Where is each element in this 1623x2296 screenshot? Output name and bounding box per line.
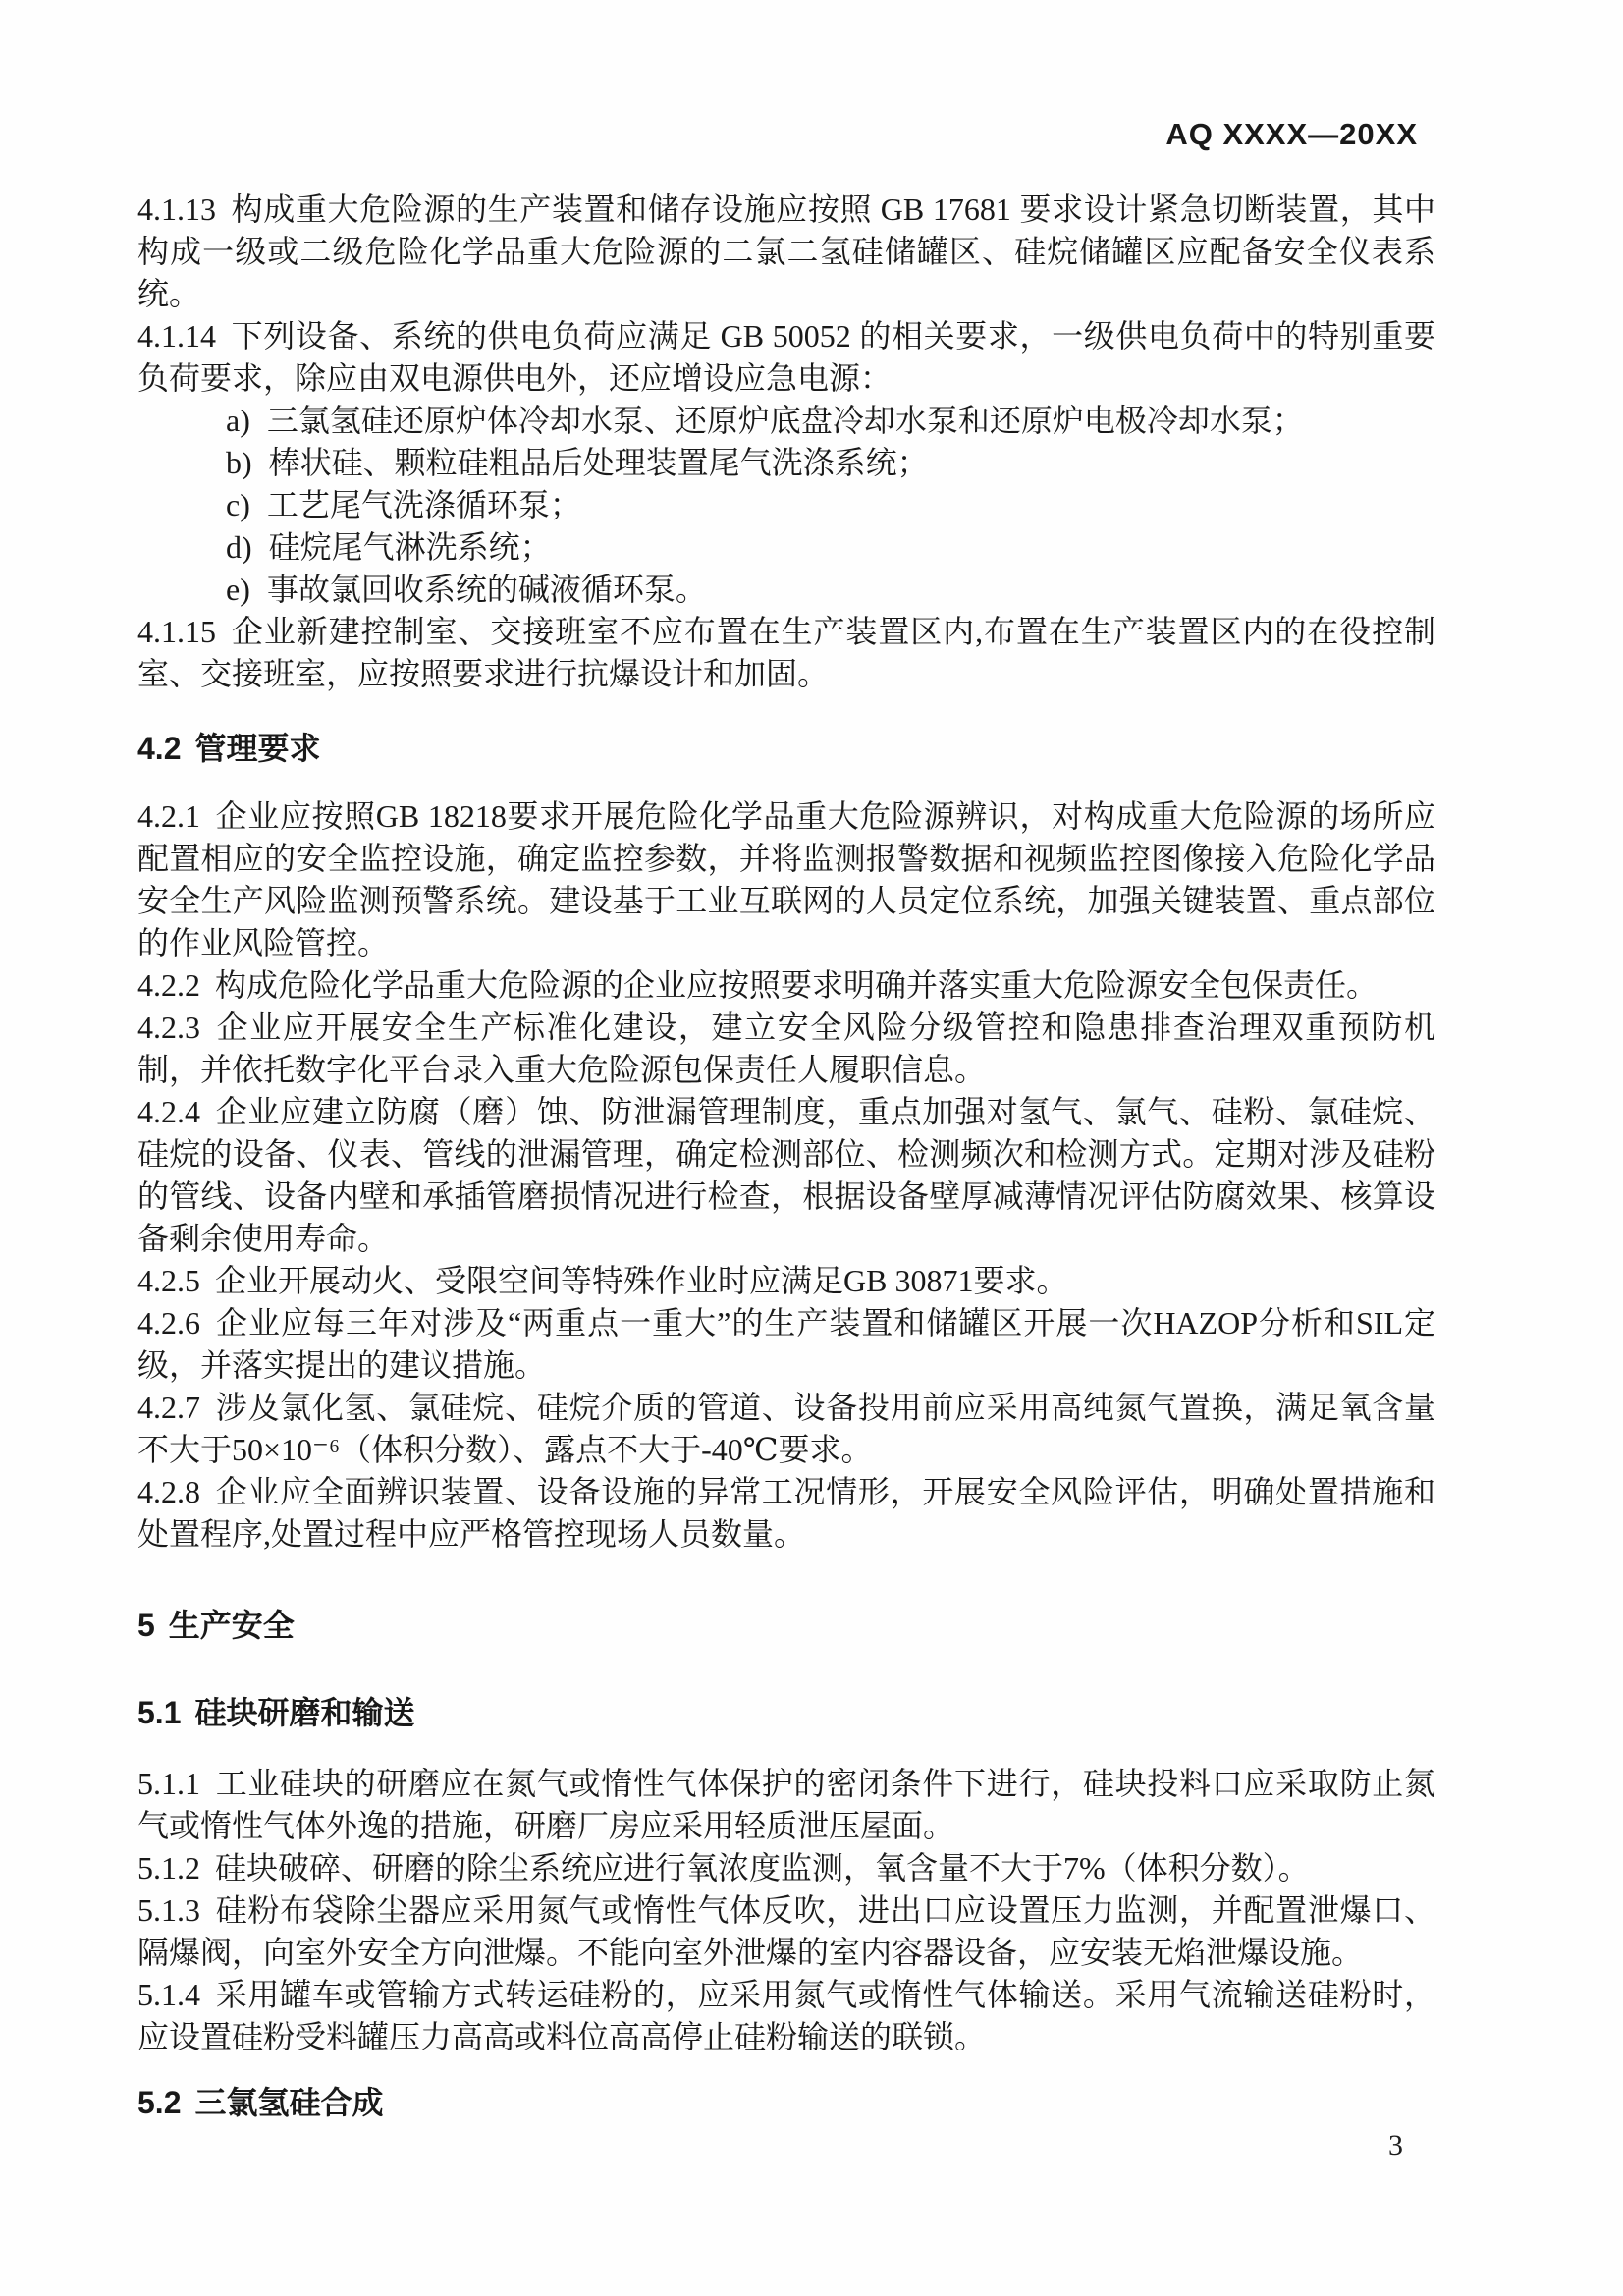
document-body: 4.1.13构成重大危险源的生产装置和储存设施应按照 GB 17681 要求设计… xyxy=(137,189,1435,2124)
clause-number: 5.1.4 xyxy=(137,1977,200,2012)
list-item-d: d)硅烷尾气淋洗系统； xyxy=(137,526,1435,569)
list-item-label: a) xyxy=(226,403,250,438)
clause-text: 企业应按照GB 18218要求开展危险化学品重大危险源辨识，对构成重大危险源的场… xyxy=(137,798,1435,960)
clause-text: 企业应全面辨识装置、设备设施的异常工况情形，开展安全风险评估，明确处置措施和处置… xyxy=(137,1474,1435,1552)
clause-5-1-3: 5.1.3硅粉布袋除尘器应采用氮气或惰性气体反吹，进出口应设置压力监测，并配置泄… xyxy=(137,1889,1435,1974)
clause-5-1-1: 5.1.1工业硅块的研磨应在氮气或惰性气体保护的密闭条件下进行，硅块投料口应采取… xyxy=(137,1763,1435,1847)
list-item-text: 事故氯回收系统的碱液循环泵。 xyxy=(267,572,707,607)
section-title: 生产安全 xyxy=(169,1608,295,1643)
section-number: 4.2 xyxy=(137,731,181,766)
section-title: 三氯氢硅合成 xyxy=(194,2085,383,2120)
clause-text: 硅块破碎、研磨的除尘系统应进行氧浓度监测，氧含量不大于7%（体积分数）。 xyxy=(215,1850,1310,1886)
clause-4-2-8: 4.2.8企业应全面辨识装置、设备设施的异常工况情形，开展安全风险评估，明确处置… xyxy=(137,1471,1435,1556)
list-item-label: c) xyxy=(226,487,250,522)
clause-number: 4.2.5 xyxy=(137,1263,200,1298)
clause-4-1-13: 4.1.13构成重大危险源的生产装置和储存设施应按照 GB 17681 要求设计… xyxy=(137,189,1435,315)
list-item-text: 三氯氢硅还原炉体冷却水泵、还原炉底盘冷却水泵和还原炉电极冷却水泵； xyxy=(267,403,1304,438)
clause-number: 4.2.8 xyxy=(137,1474,200,1509)
section-heading-5-1: 5.1硅块研磨和输送 xyxy=(137,1692,1435,1734)
clause-text: 企业应建立防腐（磨）蚀、防泄漏管理制度，重点加强对氢气、氯气、硅粉、氯硅烷、硅烷… xyxy=(137,1094,1435,1256)
list-item-text: 硅烷尾气淋洗系统； xyxy=(269,529,552,565)
list-item-label: b) xyxy=(226,445,252,480)
clause-text: 涉及氯化氢、氯硅烷、硅烷介质的管道、设备投用前应采用高纯氮气置换，满足氧含量不大… xyxy=(137,1390,1435,1467)
list-item-b: b)棒状硅、颗粒硅粗品后处理装置尾气洗涤系统； xyxy=(137,442,1435,484)
clause-number: 5.1.3 xyxy=(137,1892,200,1928)
clause-text: 企业应每三年对涉及“两重点一重大”的生产装置和储罐区开展一次HAZOP分析和SI… xyxy=(137,1305,1435,1383)
clause-4-2-2: 4.2.2构成危险化学品重大危险源的企业应按照要求明确并落实重大危险源安全包保责… xyxy=(137,964,1435,1007)
clause-text: 企业应开展安全生产标准化建设，建立安全风险分级管控和隐患排查治理双重预防机制，并… xyxy=(137,1010,1435,1087)
page-number: 3 xyxy=(1388,2129,1403,2162)
clause-text: 硅粉布袋除尘器应采用氮气或惰性气体反吹，进出口应设置压力监测，并配置泄爆口、隔爆… xyxy=(137,1892,1435,1970)
list-item-e: e)事故氯回收系统的碱液循环泵。 xyxy=(137,569,1435,611)
list-item-a: a)三氯氢硅还原炉体冷却水泵、还原炉底盘冷却水泵和还原炉电极冷却水泵； xyxy=(137,400,1435,442)
clause-number: 4.2.7 xyxy=(137,1390,200,1425)
list-item-label: e) xyxy=(226,572,250,607)
clause-text: 构成重大危险源的生产装置和储存设施应按照 GB 17681 要求设计紧急切断装置… xyxy=(137,191,1435,311)
section-heading-5: 5生产安全 xyxy=(137,1605,1435,1647)
clause-4-2-4: 4.2.4企业应建立防腐（磨）蚀、防泄漏管理制度，重点加强对氢气、氯气、硅粉、氯… xyxy=(137,1091,1435,1260)
clause-number: 4.1.15 xyxy=(137,614,216,649)
section-heading-5-2: 5.2三氯氢硅合成 xyxy=(137,2082,1435,2124)
section-title: 管理要求 xyxy=(194,731,320,766)
section-title: 硅块研磨和输送 xyxy=(194,1695,414,1730)
list-item-c: c)工艺尾气洗涤循环泵； xyxy=(137,484,1435,526)
clause-text: 采用罐车或管输方式转运硅粉的，应采用氮气或惰性气体输送。采用气流输送硅粉时，应设… xyxy=(137,1977,1435,2054)
clause-4-2-1: 4.2.1企业应按照GB 18218要求开展危险化学品重大危险源辨识，对构成重大… xyxy=(137,795,1435,964)
clause-number: 4.1.13 xyxy=(137,191,216,227)
section-number: 5.1 xyxy=(137,1695,181,1730)
clause-number: 5.1.2 xyxy=(137,1850,200,1886)
clause-number: 5.1.1 xyxy=(137,1766,200,1801)
standard-code-header: AQ XXXX—20XX xyxy=(1165,117,1418,152)
clause-number: 4.2.4 xyxy=(137,1094,200,1129)
section-number: 5.2 xyxy=(137,2085,181,2120)
clause-text: 构成危险化学品重大危险源的企业应按照要求明确并落实重大危险源安全包保责任。 xyxy=(215,967,1378,1003)
clause-text: 企业开展动火、受限空间等特殊作业时应满足GB 30871要求。 xyxy=(215,1263,1067,1298)
clause-4-1-14: 4.1.14下列设备、系统的供电负荷应满足 GB 50052 的相关要求，一级供… xyxy=(137,315,1435,400)
list-item-label: d) xyxy=(226,529,252,565)
section-number: 5 xyxy=(137,1608,155,1643)
clause-text: 下列设备、系统的供电负荷应满足 GB 50052 的相关要求，一级供电负荷中的特… xyxy=(137,318,1435,396)
clause-4-2-5: 4.2.5企业开展动火、受限空间等特殊作业时应满足GB 30871要求。 xyxy=(137,1260,1435,1302)
list-item-text: 工艺尾气洗涤循环泵； xyxy=(267,487,581,522)
clause-5-1-4: 5.1.4采用罐车或管输方式转运硅粉的，应采用氮气或惰性气体输送。采用气流输送硅… xyxy=(137,1974,1435,2058)
list-item-text: 棒状硅、颗粒硅粗品后处理装置尾气洗涤系统； xyxy=(269,445,929,480)
clause-number: 4.2.6 xyxy=(137,1305,200,1340)
clause-text: 企业新建控制室、交接班室不应布置在生产装置区内,布置在生产装置区内的在役控制室、… xyxy=(137,614,1435,691)
clause-4-2-3: 4.2.3企业应开展安全生产标准化建设，建立安全风险分级管控和隐患排查治理双重预… xyxy=(137,1007,1435,1091)
clause-number: 4.2.2 xyxy=(137,967,200,1003)
clause-4-2-7: 4.2.7涉及氯化氢、氯硅烷、硅烷介质的管道、设备投用前应采用高纯氮气置换，满足… xyxy=(137,1387,1435,1471)
clause-4-1-15: 4.1.15企业新建控制室、交接班室不应布置在生产装置区内,布置在生产装置区内的… xyxy=(137,611,1435,695)
clause-number: 4.1.14 xyxy=(137,318,216,354)
document-page: AQ XXXX—20XX 4.1.13构成重大危险源的生产装置和储存设施应按照 … xyxy=(0,0,1623,2296)
clause-5-1-2: 5.1.2硅块破碎、研磨的除尘系统应进行氧浓度监测，氧含量不大于7%（体积分数）… xyxy=(137,1847,1435,1889)
clause-4-2-6: 4.2.6企业应每三年对涉及“两重点一重大”的生产装置和储罐区开展一次HAZOP… xyxy=(137,1302,1435,1387)
clause-number: 4.2.3 xyxy=(137,1010,200,1045)
clause-text: 工业硅块的研磨应在氮气或惰性气体保护的密闭条件下进行，硅块投料口应采取防止氮气或… xyxy=(137,1766,1435,1843)
section-heading-4-2: 4.2管理要求 xyxy=(137,728,1435,770)
clause-number: 4.2.1 xyxy=(137,798,200,834)
